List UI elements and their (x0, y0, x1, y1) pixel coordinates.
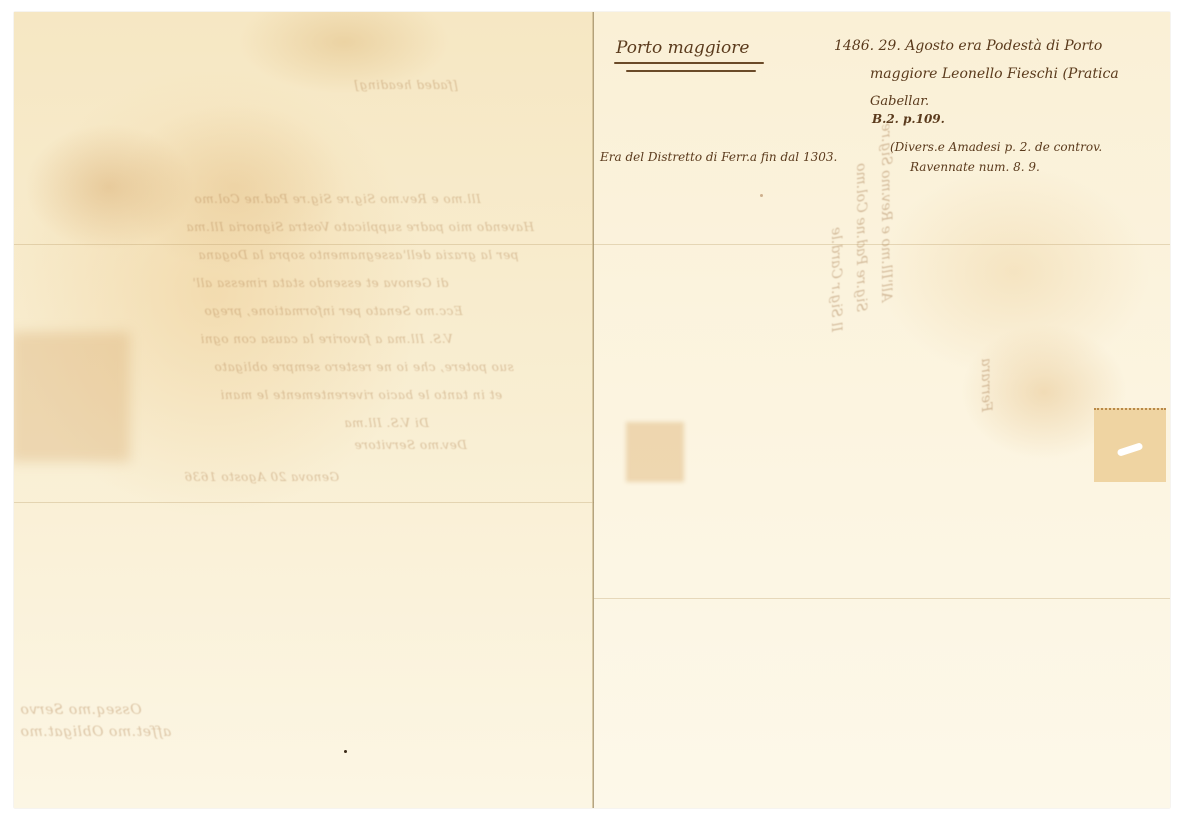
bleed-signature: affet.mo Obligat.mo (20, 724, 171, 740)
bleed-text-line: di Genova et essendo stata rimessa all' (192, 276, 448, 290)
ink-spot (760, 194, 763, 197)
annotation-line: 1486. 29. Agosto era Podestà di Porto (834, 38, 1102, 54)
annotation-line: (Divers.e Amadesi p. 2. de controv. (890, 140, 1102, 154)
bleed-text-line: Ill.mo e Rev.mo Sig.re Sig.re Pad.ne Col… (194, 192, 481, 206)
bleed-text-line: suo potere, che io ne restero sempre obl… (214, 360, 514, 374)
bleed-text-line: Havendo mio padre supplicato Vostra Sign… (186, 220, 534, 234)
bleed-address-line: Sig.re Pad.ne Col.mo (853, 163, 869, 312)
bleed-text-line: per la grazia dell'assegnamento sopra la… (198, 248, 518, 262)
bleed-text-line: Ecc.mo Senato per informatione, prego (204, 304, 463, 318)
bleed-address-line: Ferrara (978, 358, 994, 412)
annotation-line: Era del Distretto di Ferr.a fin dal 1303… (600, 150, 837, 164)
bleed-text-line: Genova 20 Agosto 1636 (184, 470, 339, 484)
fold-crease (594, 598, 1170, 599)
right-page: Porto maggiore 1486. 29. Agosto era Pode… (594, 12, 1170, 808)
bleed-address-line: Il Sig.r Card.le (828, 227, 844, 332)
fold-crease (14, 502, 594, 503)
bleed-text-line: et in tanto le bacio riverentemente le m… (220, 388, 502, 402)
manuscript-folio: [faded heading] Ill.mo e Rev.mo Sig.re S… (14, 12, 1170, 808)
bleed-text-line: Di V.S. Ill.ma (344, 416, 429, 430)
annotation-line: Ravennate num. 8. 9. (910, 160, 1040, 174)
heading-porto-maggiore: Porto maggiore (616, 38, 749, 58)
bleed-text-line: V.S. Ill.ma a favorire la causa con ogni (200, 332, 453, 346)
bleed-address-line: All'Ill.mo e Rev.mo Sig.re (878, 123, 894, 302)
fold-crease (14, 244, 594, 245)
stain-mark (626, 422, 684, 482)
annotation-line: maggiore Leonello Fieschi (Pratica (870, 66, 1119, 82)
bleed-text-top: [faded heading] (354, 78, 458, 92)
ink-spot (344, 750, 347, 753)
water-stain (14, 332, 130, 462)
left-page: [faded heading] Ill.mo e Rev.mo Sig.re S… (14, 12, 594, 808)
heading-underline (626, 70, 756, 72)
heading-underline (614, 62, 764, 64)
bleed-text-line: Dev.mo Servitore (354, 438, 467, 452)
bleed-signature: Osseq.mo Servo (20, 702, 142, 718)
annotation-line: Gabellar. (870, 94, 929, 109)
